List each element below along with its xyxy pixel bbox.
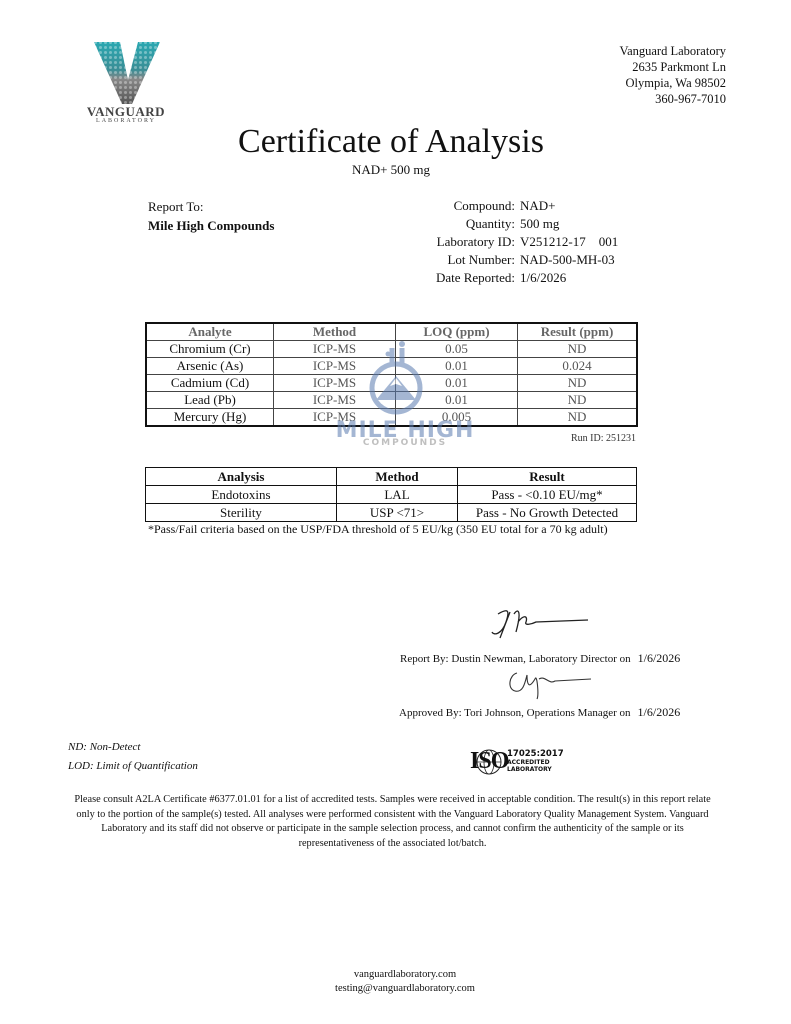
table-cell: ND xyxy=(518,341,638,358)
info-row-quantity: Quantity: 500 mg xyxy=(380,215,618,233)
table-cell: ICP-MS xyxy=(274,375,396,392)
table-row: Chromium (Cr) ICP-MS 0.05 ND xyxy=(146,341,637,358)
page-title: Certificate of Analysis xyxy=(0,122,782,162)
column-header: Result (ppm) xyxy=(518,323,638,341)
info-label: Laboratory ID: xyxy=(380,233,520,251)
table-footnote: *Pass/Fail criteria based on the USP/FDA… xyxy=(148,522,608,537)
table-cell: Pass - <0.10 EU/mg* xyxy=(458,486,637,504)
lab-address: Vanguard Laboratory 2635 Parkmont Ln Oly… xyxy=(619,43,726,107)
abbreviation-notes: ND: Non-Detect LOD: Limit of Quantificat… xyxy=(68,738,198,776)
table-cell: Chromium (Cr) xyxy=(146,341,274,358)
info-label: Quantity: xyxy=(380,215,520,233)
report-by-text: Report By: Dustin Newman, Laboratory Dir… xyxy=(400,653,631,665)
run-id: Run ID: 251231 xyxy=(571,433,636,444)
table-row: Mercury (Hg) ICP-MS 0.005 ND xyxy=(146,409,637,427)
info-value: V251212-17 001 xyxy=(520,233,618,251)
table-cell: ND xyxy=(518,392,638,409)
info-value: 500 mg xyxy=(520,215,559,233)
iso-accredited: ACCREDITED LABORATORY xyxy=(507,759,552,773)
table-cell: ND xyxy=(518,409,638,427)
address-line: 2635 Parkmont Ln xyxy=(619,59,726,75)
table-row: Endotoxins LAL Pass - <0.10 EU/mg* xyxy=(146,486,637,504)
info-row-lot-number: Lot Number: NAD-500-MH-03 xyxy=(380,251,618,269)
approved-by-text: Approved By: Tori Johnson, Operations Ma… xyxy=(399,707,631,719)
table-cell: 0.024 xyxy=(518,358,638,375)
report-to: Report To: Mile High Compounds xyxy=(148,197,274,235)
table-cell: Cadmium (Cd) xyxy=(146,375,274,392)
approved-by-date: 1/6/2026 xyxy=(638,705,681,719)
column-header: Result xyxy=(458,468,637,486)
iso-standard: 17025:2017 xyxy=(507,749,564,759)
table-row: Arsenic (As) ICP-MS 0.01 0.024 xyxy=(146,358,637,375)
signature-johnson-icon xyxy=(505,665,595,701)
table-header-row: Analyte Method LOQ (ppm) Result (ppm) xyxy=(146,323,637,341)
column-header: Analysis xyxy=(146,468,337,486)
table-cell: ND xyxy=(518,375,638,392)
microbiology-table: Analysis Method Result Endotoxins LAL Pa… xyxy=(145,467,637,522)
disclaimer-text: Please consult A2LA Certificate #6377.01… xyxy=(70,793,715,851)
info-value: 1/6/2026 xyxy=(520,269,566,287)
iso-line1: ACCREDITED xyxy=(507,759,552,766)
heavy-metals-table: Analyte Method LOQ (ppm) Result (ppm) Ch… xyxy=(145,322,638,427)
note-lod: LOD: Limit of Quantification xyxy=(68,757,198,776)
table-cell: ICP-MS xyxy=(274,341,396,358)
v-logo-icon xyxy=(78,40,174,106)
table-cell: Endotoxins xyxy=(146,486,337,504)
column-header: LOQ (ppm) xyxy=(396,323,518,341)
address-line: Olympia, Wa 98502 xyxy=(619,75,726,91)
approved-by-line: Approved By: Tori Johnson, Operations Ma… xyxy=(399,705,680,720)
iso-accreditation-badge: ISO 17025:2017 ACCREDITED LABORATORY xyxy=(470,746,565,778)
table-row: Lead (Pb) ICP-MS 0.01 ND xyxy=(146,392,637,409)
watermark-subtitle: COMPOUNDS xyxy=(330,438,480,448)
info-label: Lot Number: xyxy=(380,251,520,269)
table-cell: 0.05 xyxy=(396,341,518,358)
table-cell: Pass - No Growth Detected xyxy=(458,504,637,522)
report-by-line: Report By: Dustin Newman, Laboratory Dir… xyxy=(400,651,680,666)
info-row-date-reported: Date Reported: 1/6/2026 xyxy=(380,269,618,287)
info-value: NAD+ xyxy=(520,197,556,215)
client-name: Mile High Compounds xyxy=(148,216,274,235)
email-link[interactable]: testing@vanguardlaboratory.com xyxy=(0,982,791,996)
address-line: 360-967-7010 xyxy=(619,91,726,107)
address-line: Vanguard Laboratory xyxy=(619,43,726,59)
column-header: Method xyxy=(274,323,396,341)
table-cell: Lead (Pb) xyxy=(146,392,274,409)
signature-newman-icon xyxy=(488,602,598,642)
info-label: Date Reported: xyxy=(380,269,520,287)
table-cell: 0.01 xyxy=(396,392,518,409)
table-cell: Mercury (Hg) xyxy=(146,409,274,427)
sample-info: Compound: NAD+ Quantity: 500 mg Laborato… xyxy=(380,197,618,287)
table-cell: ICP-MS xyxy=(274,392,396,409)
page-subtitle: NAD+ 500 mg xyxy=(0,162,782,178)
table-cell: 0.01 xyxy=(396,375,518,392)
report-to-label: Report To: xyxy=(148,197,274,216)
table-row: Cadmium (Cd) ICP-MS 0.01 ND xyxy=(146,375,637,392)
table-cell: Arsenic (As) xyxy=(146,358,274,375)
table-cell: Sterility xyxy=(146,504,337,522)
website-link[interactable]: vanguardlaboratory.com xyxy=(0,968,791,982)
info-label: Compound: xyxy=(380,197,520,215)
column-header: Method xyxy=(337,468,458,486)
table-cell: 0.005 xyxy=(396,409,518,427)
info-value: NAD-500-MH-03 xyxy=(520,251,615,269)
iso-word: ISO xyxy=(470,748,508,774)
info-row-compound: Compound: NAD+ xyxy=(380,197,618,215)
column-header: Analyte xyxy=(146,323,274,341)
info-row-laboratory-id: Laboratory ID: V251212-17 001 xyxy=(380,233,618,251)
report-by-date: 1/6/2026 xyxy=(638,651,681,665)
table-cell: 0.01 xyxy=(396,358,518,375)
footer: vanguardlaboratory.com testing@vanguardl… xyxy=(0,968,791,996)
table-row: Sterility USP <71> Pass - No Growth Dete… xyxy=(146,504,637,522)
table-cell: ICP-MS xyxy=(274,358,396,375)
table-cell: USP <71> xyxy=(337,504,458,522)
note-nd: ND: Non-Detect xyxy=(68,738,198,757)
iso-line2: LABORATORY xyxy=(507,766,552,773)
table-header-row: Analysis Method Result xyxy=(146,468,637,486)
table-cell: LAL xyxy=(337,486,458,504)
vanguard-logo: VANGUARD LABORATORY xyxy=(78,40,174,126)
table-cell: ICP-MS xyxy=(274,409,396,427)
